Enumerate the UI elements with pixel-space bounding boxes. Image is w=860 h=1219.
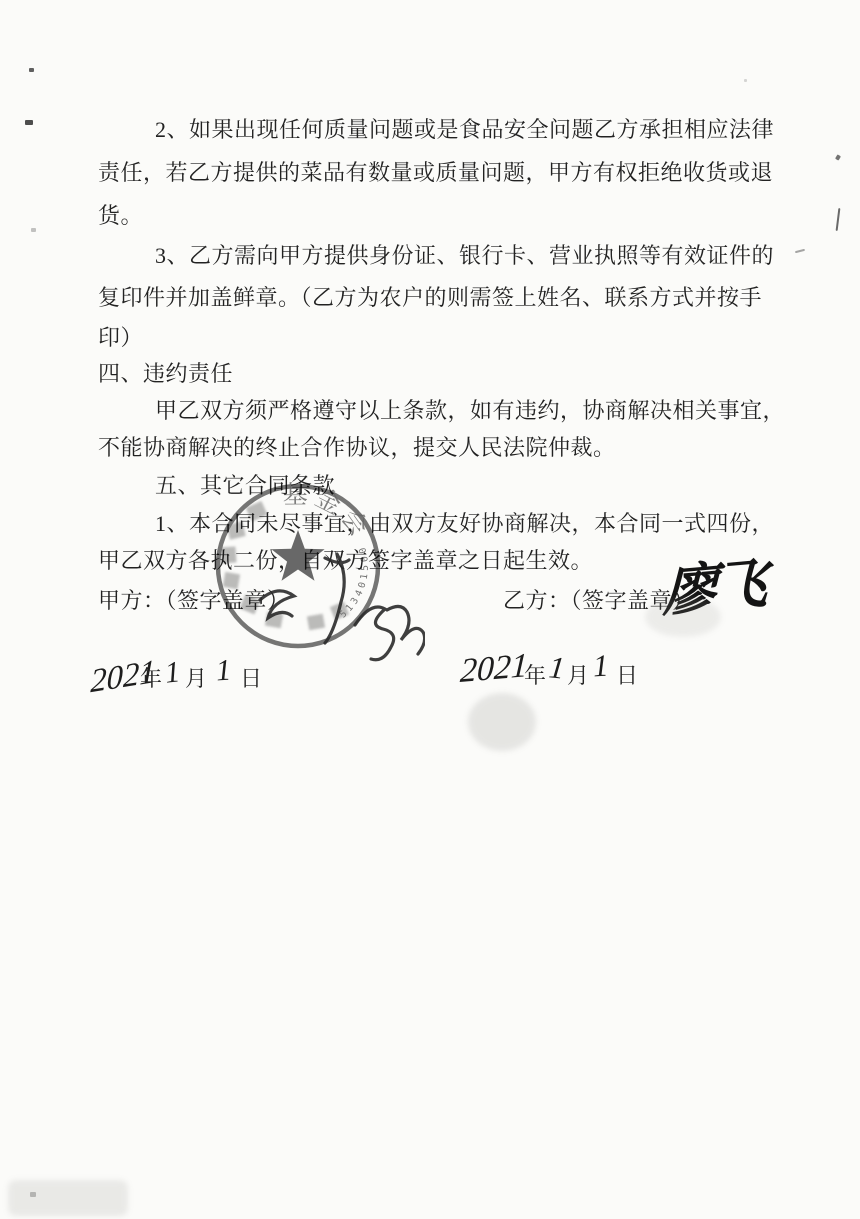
scan-speck: [30, 1192, 36, 1197]
scan-mark: [836, 208, 841, 231]
scan-smudge: [468, 693, 536, 751]
party-b-date-year: 2021: [459, 647, 529, 691]
contract-line: 1、本合同未尽事宜，由双方友好协商解决，本合同一式四份，: [98, 507, 827, 538]
party-a-signature-strokes: [225, 540, 425, 670]
scan-smudge: [645, 597, 721, 637]
contract-line: 复印件并加盖鲜章。（乙方为农户的则需签上姓名、联系方式并按手: [98, 281, 770, 312]
contract-line: 不能协商解决的终止合作协议，提交人民法院仲裁。: [98, 431, 770, 462]
party-a-date-day-unit: 日: [240, 662, 262, 693]
party-b-date-month-unit: 月: [567, 659, 589, 690]
party-a-date-month: 1: [163, 655, 181, 690]
contract-line: 责任，若乙方提供的菜品有数量或质量问题，甲方有权拒绝收货或退: [98, 156, 770, 187]
party-a-date-month-unit: 月: [185, 662, 207, 693]
contract-line: 印）: [98, 321, 770, 352]
party-b-date-day: 1: [592, 648, 609, 685]
party-b-date-day-unit: 日: [616, 659, 638, 690]
contract-line: 四、违约责任: [98, 357, 770, 388]
scan-speck: [744, 79, 747, 82]
scan-speck: [25, 120, 33, 125]
contract-line: 五、其它合同条款: [98, 469, 827, 500]
contract-line: 2、如果出现任何质量问题或是食品安全问题乙方承担相应法律: [98, 113, 827, 144]
contract-line: 货。: [98, 199, 770, 230]
scan-speck: [31, 228, 36, 232]
scanned-contract-page: 2、如果出现任何质量问题或是食品安全问题乙方承担相应法律责任，若乙方提供的菜品有…: [0, 0, 860, 1219]
scan-speck: [29, 68, 34, 72]
party-b-date-month: 1: [547, 649, 566, 686]
party-b-date-year-unit: 年: [524, 659, 546, 690]
party-a-date-day: 1: [215, 654, 232, 689]
contract-line: 3、乙方需向甲方提供身份证、银行卡、营业执照等有效证件的: [98, 239, 827, 270]
party-a-date-year-unit: 年: [140, 662, 162, 693]
scan-smudge: [8, 1180, 128, 1216]
contract-line: 甲乙双方须严格遵守以上条款，如有违约，协商解决相关事宜，: [98, 394, 827, 425]
scan-speck: [835, 154, 841, 160]
